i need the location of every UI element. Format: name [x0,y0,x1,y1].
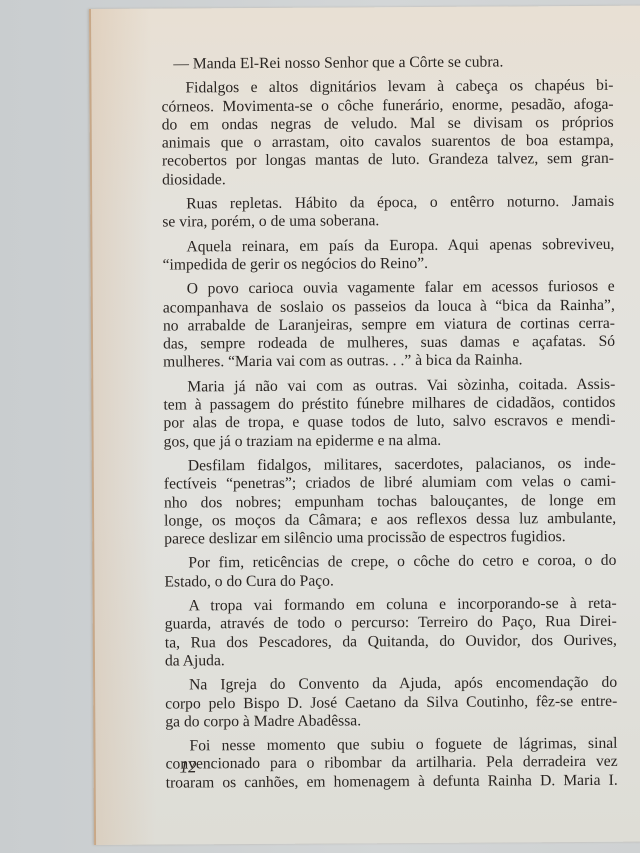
text-line: recobertos por longas mantas de luto. Gr… [162,150,614,171]
text-line: fectíveis “penetras”; criados de libré a… [164,473,616,494]
text-line: ta, Rua dos Pescadores, da Quitanda, do … [165,631,617,652]
paragraph: Fidalgos e altos dignitários levam à cab… [161,77,614,190]
text-line: Ruas repletas. Hábito da época, o entêrr… [162,193,614,214]
text-line: gos, que já o traziam na epiderme e na a… [164,430,616,451]
text-line: “impedida de gerir os negócios do Reino”… [163,254,615,275]
paragraph: Maria já não vai com as outras. Vai sòzi… [163,376,615,452]
book-page: — Manda El-Rei nosso Senhor que a Côrte … [89,5,640,845]
text-line: das, sempre rodeada de mulheres, suas da… [163,333,615,354]
text-line: Na Igreja do Convento da Ajuda, após enc… [165,674,617,695]
text-line: se vira, porém, o de uma soberana. [162,211,614,232]
text-line: ga do corpo à Madre Abadêssa. [165,711,617,732]
paragraph: Aquela reinara, em país da Europa. Aqui … [162,235,614,274]
paragraph: Por fim, reticências de crepe, o côche d… [164,552,616,591]
page-number: 12 [180,757,197,777]
text-line: Por fim, reticências de crepe, o côche d… [164,552,616,573]
text-line: troaram os canhões, em homenagem à defun… [166,771,618,792]
text-line: Aquela reinara, em país da Europa. Aqui … [162,235,614,256]
paragraph: Desfilam fidalgos, militares, sacerdotes… [164,455,617,549]
text-line: Estado, o do Cura do Paço. [164,571,616,592]
paragraph: A tropa vai formando em coluna e incorpo… [165,595,617,671]
text-line: O povo carioca ouvia vagamente falar em … [163,278,615,299]
text-line: — Manda El-Rei nosso Senhor que a Côrte … [161,53,613,74]
text-line: Fidalgos e altos dignitários levam à cab… [161,77,613,98]
text-line: da Ajuda. [165,650,617,671]
paragraph: Ruas repletas. Hábito da época, o entêrr… [162,193,614,232]
text-line: guarda, através de todo o percurso: Terr… [165,613,617,634]
paragraph: — Manda El-Rei nosso Senhor que a Côrte … [161,53,613,74]
paragraph: Na Igreja do Convento da Ajuda, após enc… [165,674,617,732]
paragraph: O povo carioca ouvia vagamente falar em … [163,278,616,372]
text-line: corpo pelo Bispo D. José Caetano da Silv… [165,692,617,713]
text-line: por alas de tropa, e quase todos de luto… [163,412,615,433]
text-line: mulheres. “Maria vai com as outras. . .”… [163,351,615,372]
paragraph: Foi nesse momento que subiu o foguete de… [165,735,617,793]
text-line: parece deslizar em silêncio uma procissã… [164,528,616,549]
text-line: convencionado para o ribombar da artilha… [166,753,618,774]
page-body-text: — Manda El-Rei nosso Senhor que a Côrte … [161,53,618,799]
text-line: diosidade. [162,169,614,190]
